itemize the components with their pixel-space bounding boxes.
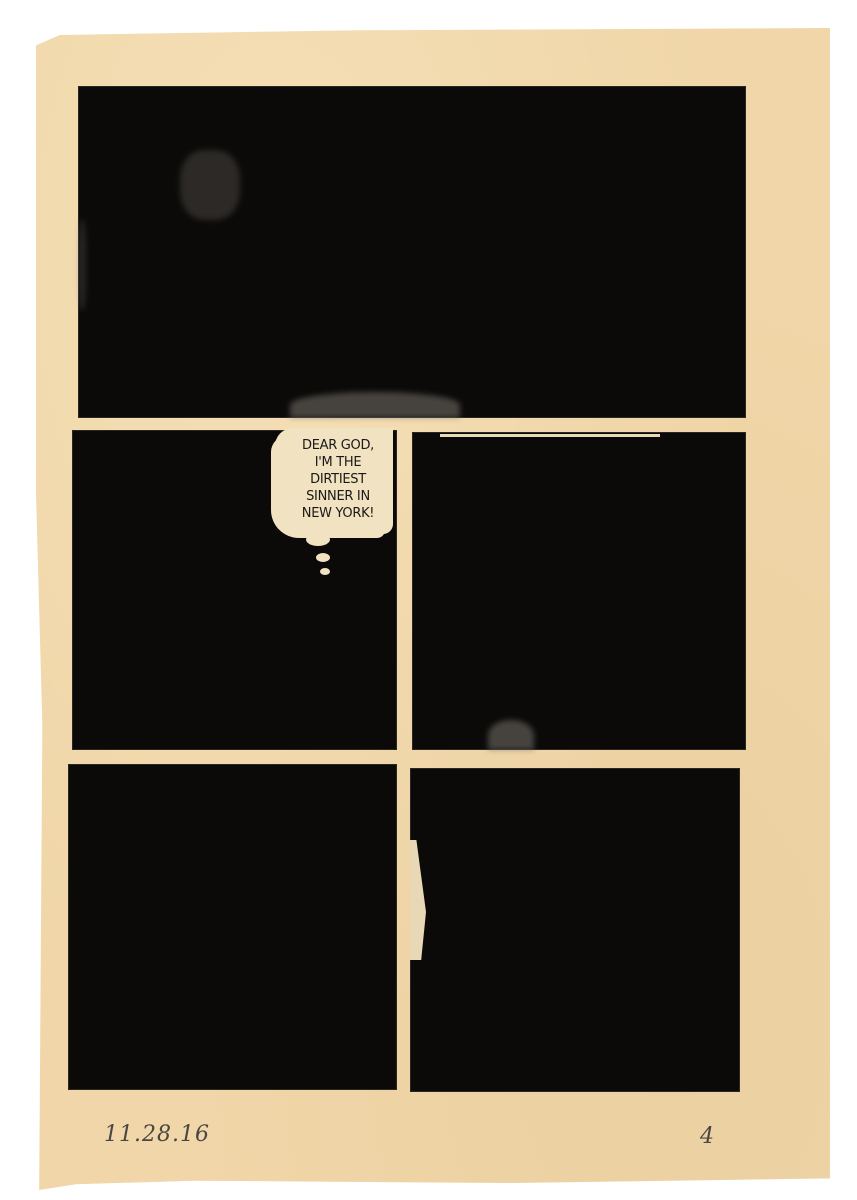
handwritten-date: 11.28.16 — [104, 1122, 210, 1147]
thought-line: I'M THE — [282, 454, 394, 471]
thought-line: DIRTIEST — [282, 471, 394, 488]
thought-line: SINNER IN — [282, 488, 394, 505]
thought-bubble-text: DEAR GOD, I'M THE DIRTIEST SINNER IN NEW… — [282, 437, 394, 522]
ink-wear-smudge — [78, 220, 86, 310]
thought-line: DEAR GOD, — [282, 437, 394, 454]
ink-wear-smudge — [488, 720, 534, 750]
handwritten-page-number: 4 — [700, 1124, 714, 1149]
thought-bubble-tail-dot — [316, 553, 330, 562]
comic-panel-5 — [410, 768, 740, 1092]
ink-wear-smudge — [290, 392, 460, 418]
thought-line: NEW YORK! — [282, 505, 394, 522]
ink-wear-smudge — [180, 150, 240, 220]
comic-panel-3 — [412, 432, 746, 750]
ink-gap — [440, 434, 660, 437]
comic-panel-1 — [78, 86, 746, 418]
thought-bubble-tail-dot — [320, 568, 330, 575]
comic-panel-4 — [68, 764, 397, 1090]
thought-bubble-tail-dot — [306, 533, 330, 546]
